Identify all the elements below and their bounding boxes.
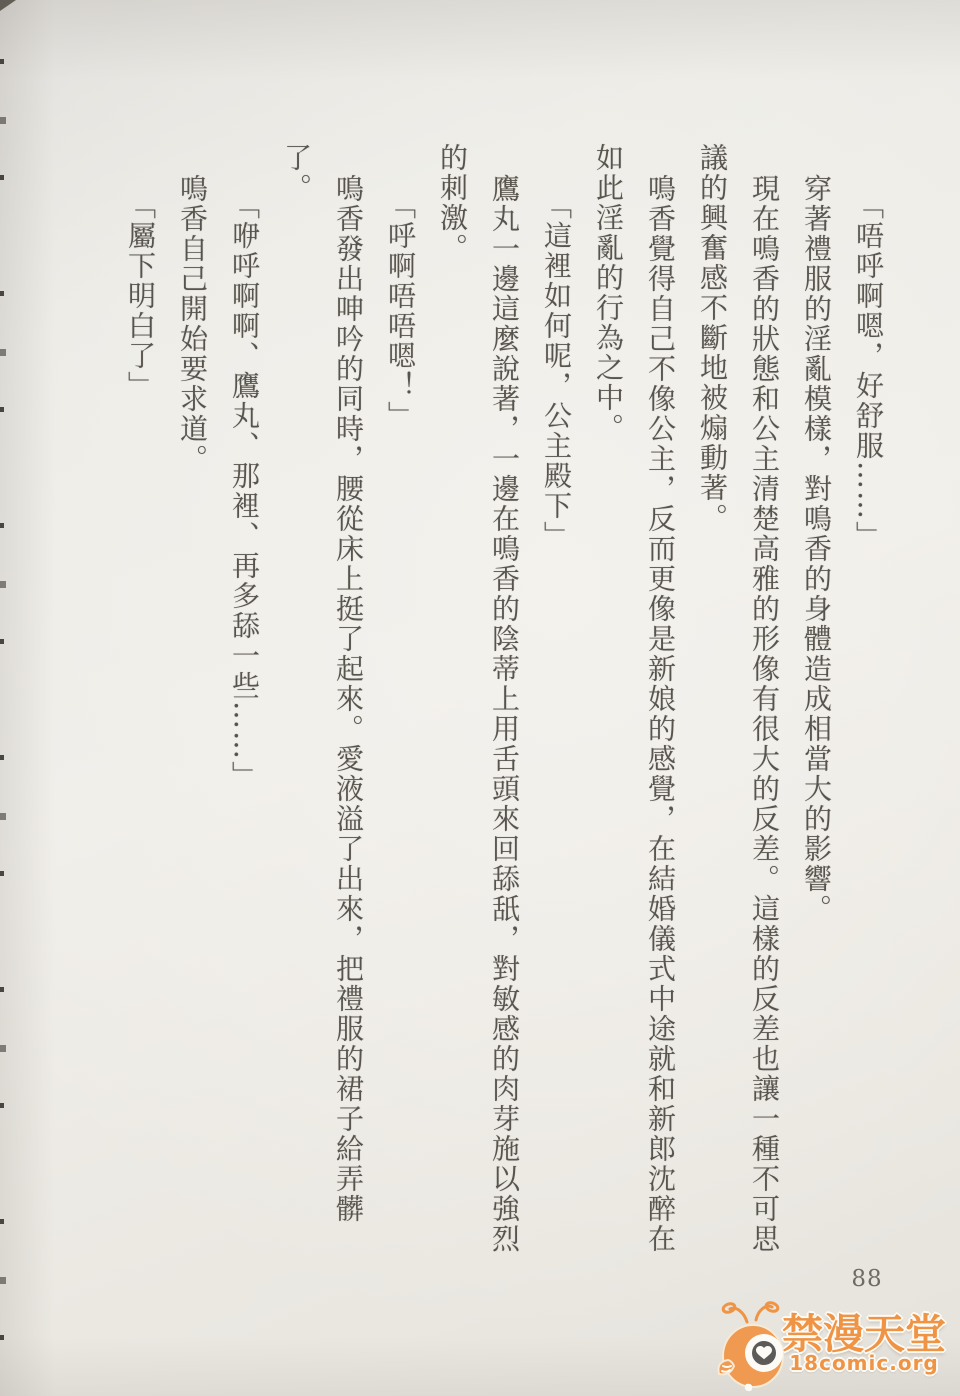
text-column: 鷹丸一邊這麼說著，一邊在鳴香的陰蒂上用舌頭來回舔舐，對敏感的肉芽施以強烈 [478,143,530,1260]
novel-text-block: 「唔呼啊嗯，好舒服……」 穿著禮服的淫亂模樣，對鳴香的身體造成相當大的影響。 現… [114,143,894,1260]
text-column: 「唔呼啊嗯，好舒服……」 [842,143,894,1260]
text-column: 「這裡如何呢，公主殿下」 [530,143,582,1260]
text-column: 「呼啊唔唔嗯！」 [374,143,426,1260]
text-column: 鳴香自己開始要求道。 [166,143,218,1260]
scan-shadow-left [0,0,55,1396]
watermark-site-name: 禁漫天堂 [782,1314,946,1355]
text-column: 鳴香覺得自己不像公主，反而更像是新娘的感覺，在結婚儀式中途就和新郎沈醉在 [634,143,686,1260]
scan-shadow-top [0,0,960,80]
orange-bird-mascot-icon [716,1298,790,1394]
text-column: 「咿呼啊啊、鷹丸、那裡、再多舔一些……」 [218,143,270,1260]
text-column: 了。 [270,143,322,1260]
scanned-book-page: 「唔呼啊嗯，好舒服……」 穿著禮服的淫亂模樣，對鳴香的身體造成相當大的影響。 現… [0,0,960,1396]
text-column: 鳴香發出呻吟的同時，腰從床上挺了起來。愛液溢了出來，把禮服的裙子給弄髒 [322,143,374,1260]
binding-edge-marks [0,6,7,1396]
page-number: 88 [846,1266,888,1292]
text-column: 「屬下明白了」 [114,143,166,1260]
text-column: 如此淫亂的行為之中。 [582,143,634,1260]
watermark: 禁漫天堂 18comic.org [716,1298,946,1394]
watermark-text: 禁漫天堂 18comic.org [782,1314,946,1373]
text-column: 的刺激。 [426,143,478,1260]
text-column: 議的興奮感不斷地被煽動著。 [686,143,738,1260]
text-column: 現在鳴香的狀態和公主清楚高雅的形像有很大的反差。這樣的反差也讓一種不可思 [738,143,790,1260]
text-column: 穿著禮服的淫亂模樣，對鳴香的身體造成相當大的影響。 [790,143,842,1260]
watermark-site-url: 18comic.org [789,1353,939,1373]
